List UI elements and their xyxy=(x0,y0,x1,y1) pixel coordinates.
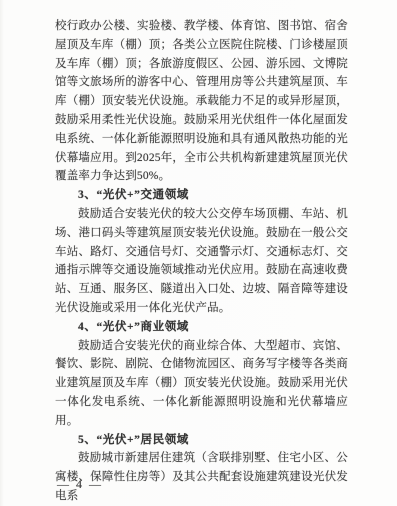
section-body-4-commercial: 鼓励适合安装光伏的商业综合体、大型超市、宾馆、餐饮、影院、剧院、仓储物流园区、商… xyxy=(55,337,348,431)
document-text-block: 校行政办公楼、实验楼、教学楼、体育馆、图书馆、宿舍屋顶及车库（棚）顶；各类公立医… xyxy=(55,17,348,506)
section-heading-4-commercial: 4、“光伏+”商业领域 xyxy=(55,318,348,337)
section-heading-3-transport: 3、“光伏+”交通领域 xyxy=(55,186,348,205)
section-body-3-transport: 鼓励适合安装光伏的较大公交停车场顶棚、车站、机场、港口码头等建筑屋顶安装光伏设施… xyxy=(55,205,348,318)
page-number: — 4 — xyxy=(57,477,103,492)
paragraph-continued-from-previous-page: 校行政办公楼、实验楼、教学楼、体育馆、图书馆、宿舍屋顶及车库（棚）顶；各类公立医… xyxy=(55,17,348,186)
section-heading-5-residential: 5、“光伏+”居民领域 xyxy=(55,431,348,450)
scanned-document-page: 校行政办公楼、实验楼、教学楼、体育馆、图书馆、宿舍屋顶及车库（棚）顶；各类公立医… xyxy=(0,0,397,506)
